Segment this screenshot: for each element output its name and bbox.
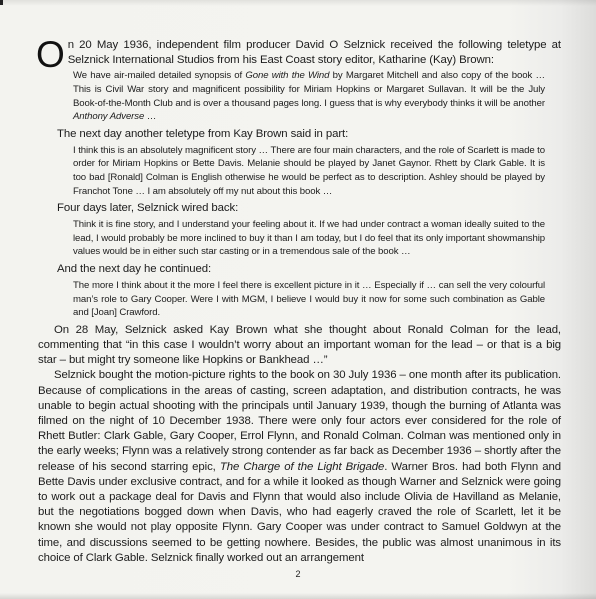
paragraph-text: Selznick bought the motion-picture right…	[38, 369, 561, 472]
book-page: On 20 May 1936, independent film produce…	[0, 0, 596, 599]
block-quote-4: The more I think about it the more I fee…	[73, 279, 545, 320]
opening-paragraph: On 20 May 1936, independent film produce…	[38, 38, 561, 68]
lead-in-2: The next day another teletype from Kay B…	[57, 127, 561, 142]
paragraph-text: . Warner Bros. had both Flynn and Bette …	[38, 461, 561, 564]
book-title: Anthony Adverse	[73, 111, 144, 122]
lead-in-4: And the next day he continued:	[57, 262, 561, 277]
book-title: Gone with the Wind	[245, 70, 329, 81]
block-quote-1: We have air-mailed detailed synopsis of …	[73, 69, 545, 123]
drop-cap: O	[36, 40, 65, 70]
page-number: 2	[0, 569, 596, 579]
page-content: On 20 May 1936, independent film produce…	[38, 38, 561, 566]
quote-text: …	[144, 111, 156, 122]
quote-text: We have air-mailed detailed synopsis of	[73, 70, 245, 81]
scan-corner-mark	[0, 0, 3, 5]
lead-in-3: Four days later, Selznick wired back:	[57, 201, 561, 216]
paragraph-2: On 28 May, Selznick asked Kay Brown what…	[38, 323, 561, 369]
block-quote-2: I think this is an absolutely magnificen…	[73, 144, 545, 198]
page-top-shadow	[0, 0, 596, 6]
block-quote-3: Think it is fine story, and I understand…	[73, 218, 545, 259]
paragraph-3: Selznick bought the motion-picture right…	[38, 368, 561, 566]
film-title: The Charge of the Light Brigade	[220, 461, 384, 473]
page-bottom-shadow	[0, 593, 596, 599]
opening-text: n 20 May 1936, independent film producer…	[68, 39, 561, 66]
